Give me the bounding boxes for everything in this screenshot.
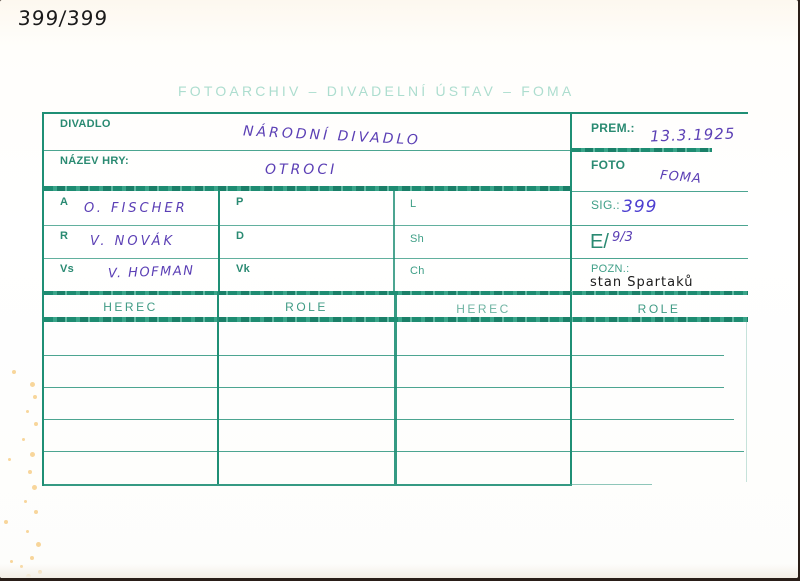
value-nazev-hry: OTROCI bbox=[265, 162, 337, 178]
label-d: D bbox=[236, 230, 244, 242]
label-nazev-hry: NÁZEV HRY: bbox=[60, 155, 129, 167]
value-pozn: stan Spartaků bbox=[590, 275, 693, 290]
value-a: O. FISCHER bbox=[84, 201, 188, 216]
value-premiera: 13.3.1925 bbox=[650, 125, 736, 146]
cast-col2 bbox=[394, 292, 397, 484]
divider-hry bbox=[44, 186, 570, 191]
cast-col3 bbox=[570, 292, 572, 484]
stain-spot bbox=[26, 574, 31, 578]
label-vk: Vk bbox=[236, 263, 250, 275]
divider-sig bbox=[572, 225, 748, 226]
divider-foto bbox=[572, 191, 748, 192]
cast-row-line bbox=[44, 355, 724, 356]
frame-top bbox=[42, 112, 748, 114]
divider-e bbox=[572, 258, 748, 259]
cast-header-role-2: ROLE bbox=[572, 302, 746, 316]
frame-bottom-fade bbox=[572, 484, 652, 485]
cast-header-herec-1: HEREC bbox=[44, 300, 217, 314]
label-l: L bbox=[410, 198, 416, 210]
divider-col2 bbox=[393, 190, 395, 294]
label-p: P bbox=[236, 196, 244, 208]
label-ch: Ch bbox=[410, 265, 425, 277]
frame-left bbox=[42, 112, 44, 486]
label-pozn: POZN.: bbox=[591, 263, 629, 275]
cast-header-role-1: ROLE bbox=[219, 300, 394, 314]
label-a: A bbox=[60, 196, 68, 208]
label-foto: FOTO bbox=[591, 158, 625, 172]
divider-divadlo bbox=[44, 150, 570, 151]
cast-row-line bbox=[44, 451, 744, 452]
archive-card: 399/399 FOTOARCHIV – DIVADELNÍ ÚSTAV – F… bbox=[0, 0, 798, 578]
label-sig: SIG.: bbox=[591, 198, 620, 212]
divider-col1 bbox=[218, 190, 220, 294]
frame-bottom bbox=[42, 484, 572, 486]
label-r: R bbox=[60, 230, 68, 242]
cast-header-herec-2: HEREC bbox=[397, 302, 570, 316]
cast-col4 bbox=[746, 322, 747, 482]
stain-spot bbox=[20, 565, 23, 568]
value-vs: V. HOFMAN bbox=[108, 263, 195, 281]
label-e: E/ bbox=[590, 231, 609, 254]
divider-row-r bbox=[44, 258, 570, 259]
label-premiera: PREM.: bbox=[591, 121, 635, 135]
divider-row-a bbox=[44, 225, 570, 226]
label-sh: Sh bbox=[410, 233, 424, 245]
cast-col1 bbox=[217, 292, 219, 484]
value-e: 9/3 bbox=[612, 230, 633, 245]
divider-prem bbox=[572, 148, 712, 152]
divider-right-column bbox=[570, 113, 572, 303]
value-sig: 399 bbox=[622, 197, 657, 217]
cast-row-line bbox=[44, 419, 734, 420]
stain-spot bbox=[38, 570, 42, 574]
label-vs: Vs bbox=[60, 263, 74, 275]
value-r: V. NOVÁK bbox=[90, 234, 175, 249]
cast-row-line bbox=[44, 387, 724, 388]
label-divadlo: DIVADLO bbox=[60, 118, 111, 130]
